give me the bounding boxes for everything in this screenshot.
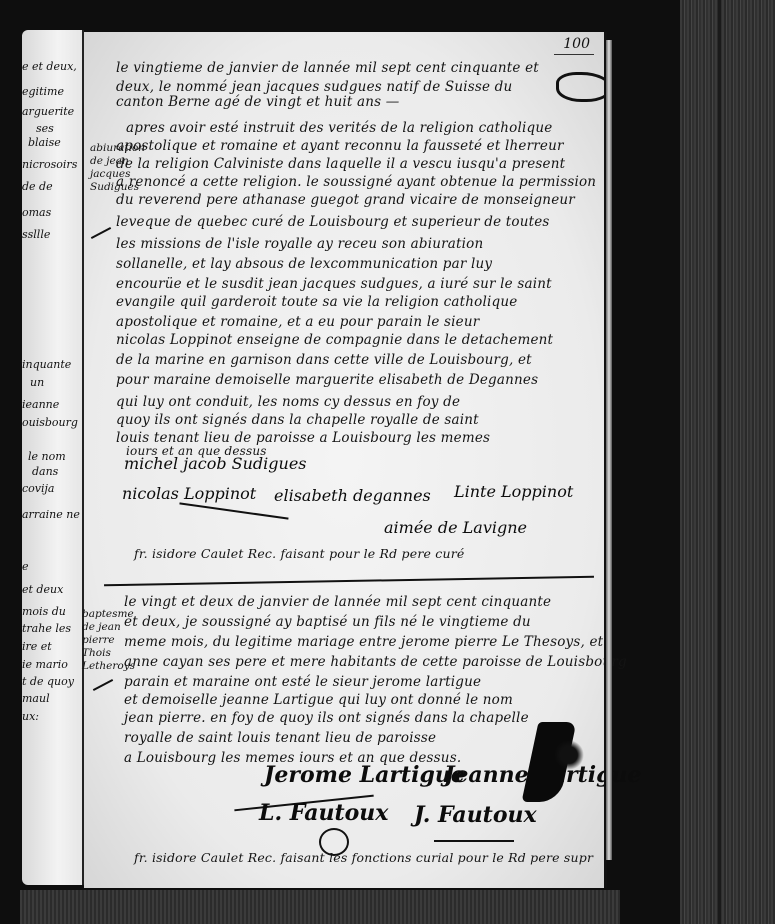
entry-line: jean pierre. en foy de quoy ils ont sign…	[124, 710, 529, 726]
entry-line: et demoiselle jeanne Lartigue qui luy on…	[124, 692, 513, 708]
facing-page-fragment: ie mario	[22, 658, 68, 671]
entry-line: du reverend pere athanase guegot grand v…	[116, 192, 575, 208]
entry-line: nicolas Loppinot enseigne de compagnie d…	[116, 332, 553, 348]
entry-line: qui luy ont conduit, les noms cy dessus …	[116, 394, 460, 410]
signature: michel jacob Sudigues	[124, 454, 307, 473]
signature-underline	[434, 840, 514, 842]
facing-page-fragment: inquante	[22, 358, 71, 371]
priest-signature: fr. isidore Caulet Rec. faisant les fonc…	[134, 850, 593, 865]
scanner-background-right	[680, 0, 775, 924]
facing-page-fragment: blaise	[28, 136, 61, 149]
entry-line: parain et maraine ont esté le sieur jero…	[124, 674, 481, 690]
facing-page-fragment: dans	[32, 465, 58, 478]
signature: L. Fautoux	[259, 800, 388, 826]
signature: nicolas Loppinot	[122, 484, 256, 503]
margin-mark	[93, 679, 113, 691]
entry-line: encourüe et le susdit jean jacques sudgu…	[116, 276, 552, 292]
facing-page-fragment: e et deux,	[22, 60, 77, 73]
facing-page-fragment: mois du	[22, 605, 66, 618]
facing-page-fragment: covija	[22, 482, 54, 495]
facing-page-fragment: de de	[22, 180, 53, 193]
facing-page-fragment: trahe les	[22, 622, 71, 635]
folio-underline	[554, 54, 594, 55]
facing-page-fragment: ssllle	[22, 228, 50, 241]
signature: elisabeth degannes	[274, 486, 431, 505]
facing-page-fragment: e	[22, 560, 29, 573]
signature: Jerome Lartigue	[264, 762, 465, 788]
margin-mark	[91, 227, 111, 239]
facing-page-fragment: arguerite	[22, 105, 74, 118]
entry-line: sollanelle, et lay absous de lexcommunic…	[116, 256, 492, 272]
ink-splatter	[554, 740, 584, 770]
scanner-background-bottom	[20, 890, 620, 924]
facing-page-fragment: ieanne	[22, 398, 59, 411]
entry-line: le vingt et deux de janvier de lannée mi…	[124, 594, 551, 610]
entry-line: a renoncé a cette religion. le soussigné…	[116, 174, 596, 190]
facing-page-fragment: nicrosoirs	[22, 158, 77, 171]
entry-line: de la religion Calviniste dans laquelle …	[116, 156, 565, 172]
entry-line: apostolique et romaine, et a eu pour par…	[116, 314, 479, 330]
signature: Linte Loppinot	[454, 482, 573, 501]
entry-line: apres avoir esté instruit des verités de…	[126, 120, 552, 136]
facing-page-fragment: maul	[22, 692, 50, 705]
paraph-flourish	[556, 72, 612, 102]
binding-spine	[606, 40, 612, 860]
facing-page-edge: e et deux, egitime arguerite ses blaise …	[22, 30, 84, 885]
entry-separator	[104, 576, 594, 586]
signature: aimée de Lavigne	[384, 518, 527, 537]
entry-line: les missions de l'isle royalle ay receu …	[116, 236, 483, 252]
facing-page-fragment: arraine ne	[22, 508, 80, 521]
facing-page-fragment: ses	[36, 122, 54, 135]
entry-line: evangile quil garderoit toute sa vie la …	[116, 294, 517, 310]
folio-number: 100	[563, 36, 590, 52]
facing-page-fragment: egitime	[22, 85, 64, 98]
entry-line: quoy ils ont signés dans la chapelle roy…	[116, 412, 479, 428]
entry-line: le vingtieme de janvier de lannée mil se…	[116, 60, 539, 76]
signature-flourish	[179, 502, 288, 519]
entry-line: apostolique et romaine et ayant reconnu …	[116, 138, 564, 154]
facing-page-fragment: le nom	[28, 450, 66, 463]
entry-line: royalle de saint louis tenant lieu de pa…	[124, 730, 436, 746]
facing-page-fragment: ux:	[22, 710, 39, 723]
entry-line: leveque de quebec curé de Louisbourg et …	[116, 214, 550, 230]
facing-page-fragment: un	[30, 376, 44, 389]
entry-line: meme mois, du legitime mariage entre jer…	[124, 634, 603, 650]
facing-page-fragment: et deux	[22, 583, 63, 596]
entry-line: pour maraine demoiselle marguerite elisa…	[116, 372, 538, 388]
scanner-background-stripe	[718, 0, 721, 924]
facing-page-fragment: ire et	[22, 640, 52, 653]
manuscript-page: 100 abiuration de jean jacques Sudigues …	[84, 32, 607, 888]
priest-signature: fr. isidore Caulet Rec. faisant pour le …	[134, 546, 465, 561]
entry-line: de la marine en garnison dans cette vill…	[116, 352, 532, 368]
entry-line: canton Berne agé de vingt et huit ans —	[116, 94, 399, 110]
facing-page-fragment: omas	[22, 206, 51, 219]
facing-page-fragment: t de quoy	[22, 675, 74, 688]
facing-page-fragment: ouisbourg	[22, 416, 78, 429]
signature: J. Fautoux	[414, 802, 537, 828]
entry-line: anne cayan ses pere et mere habitants de…	[124, 654, 627, 670]
entry-line: deux, le nommé jean jacques sudgues nati…	[116, 79, 512, 95]
entry-line: et deux, je soussigné ay baptisé un fils…	[124, 614, 531, 630]
